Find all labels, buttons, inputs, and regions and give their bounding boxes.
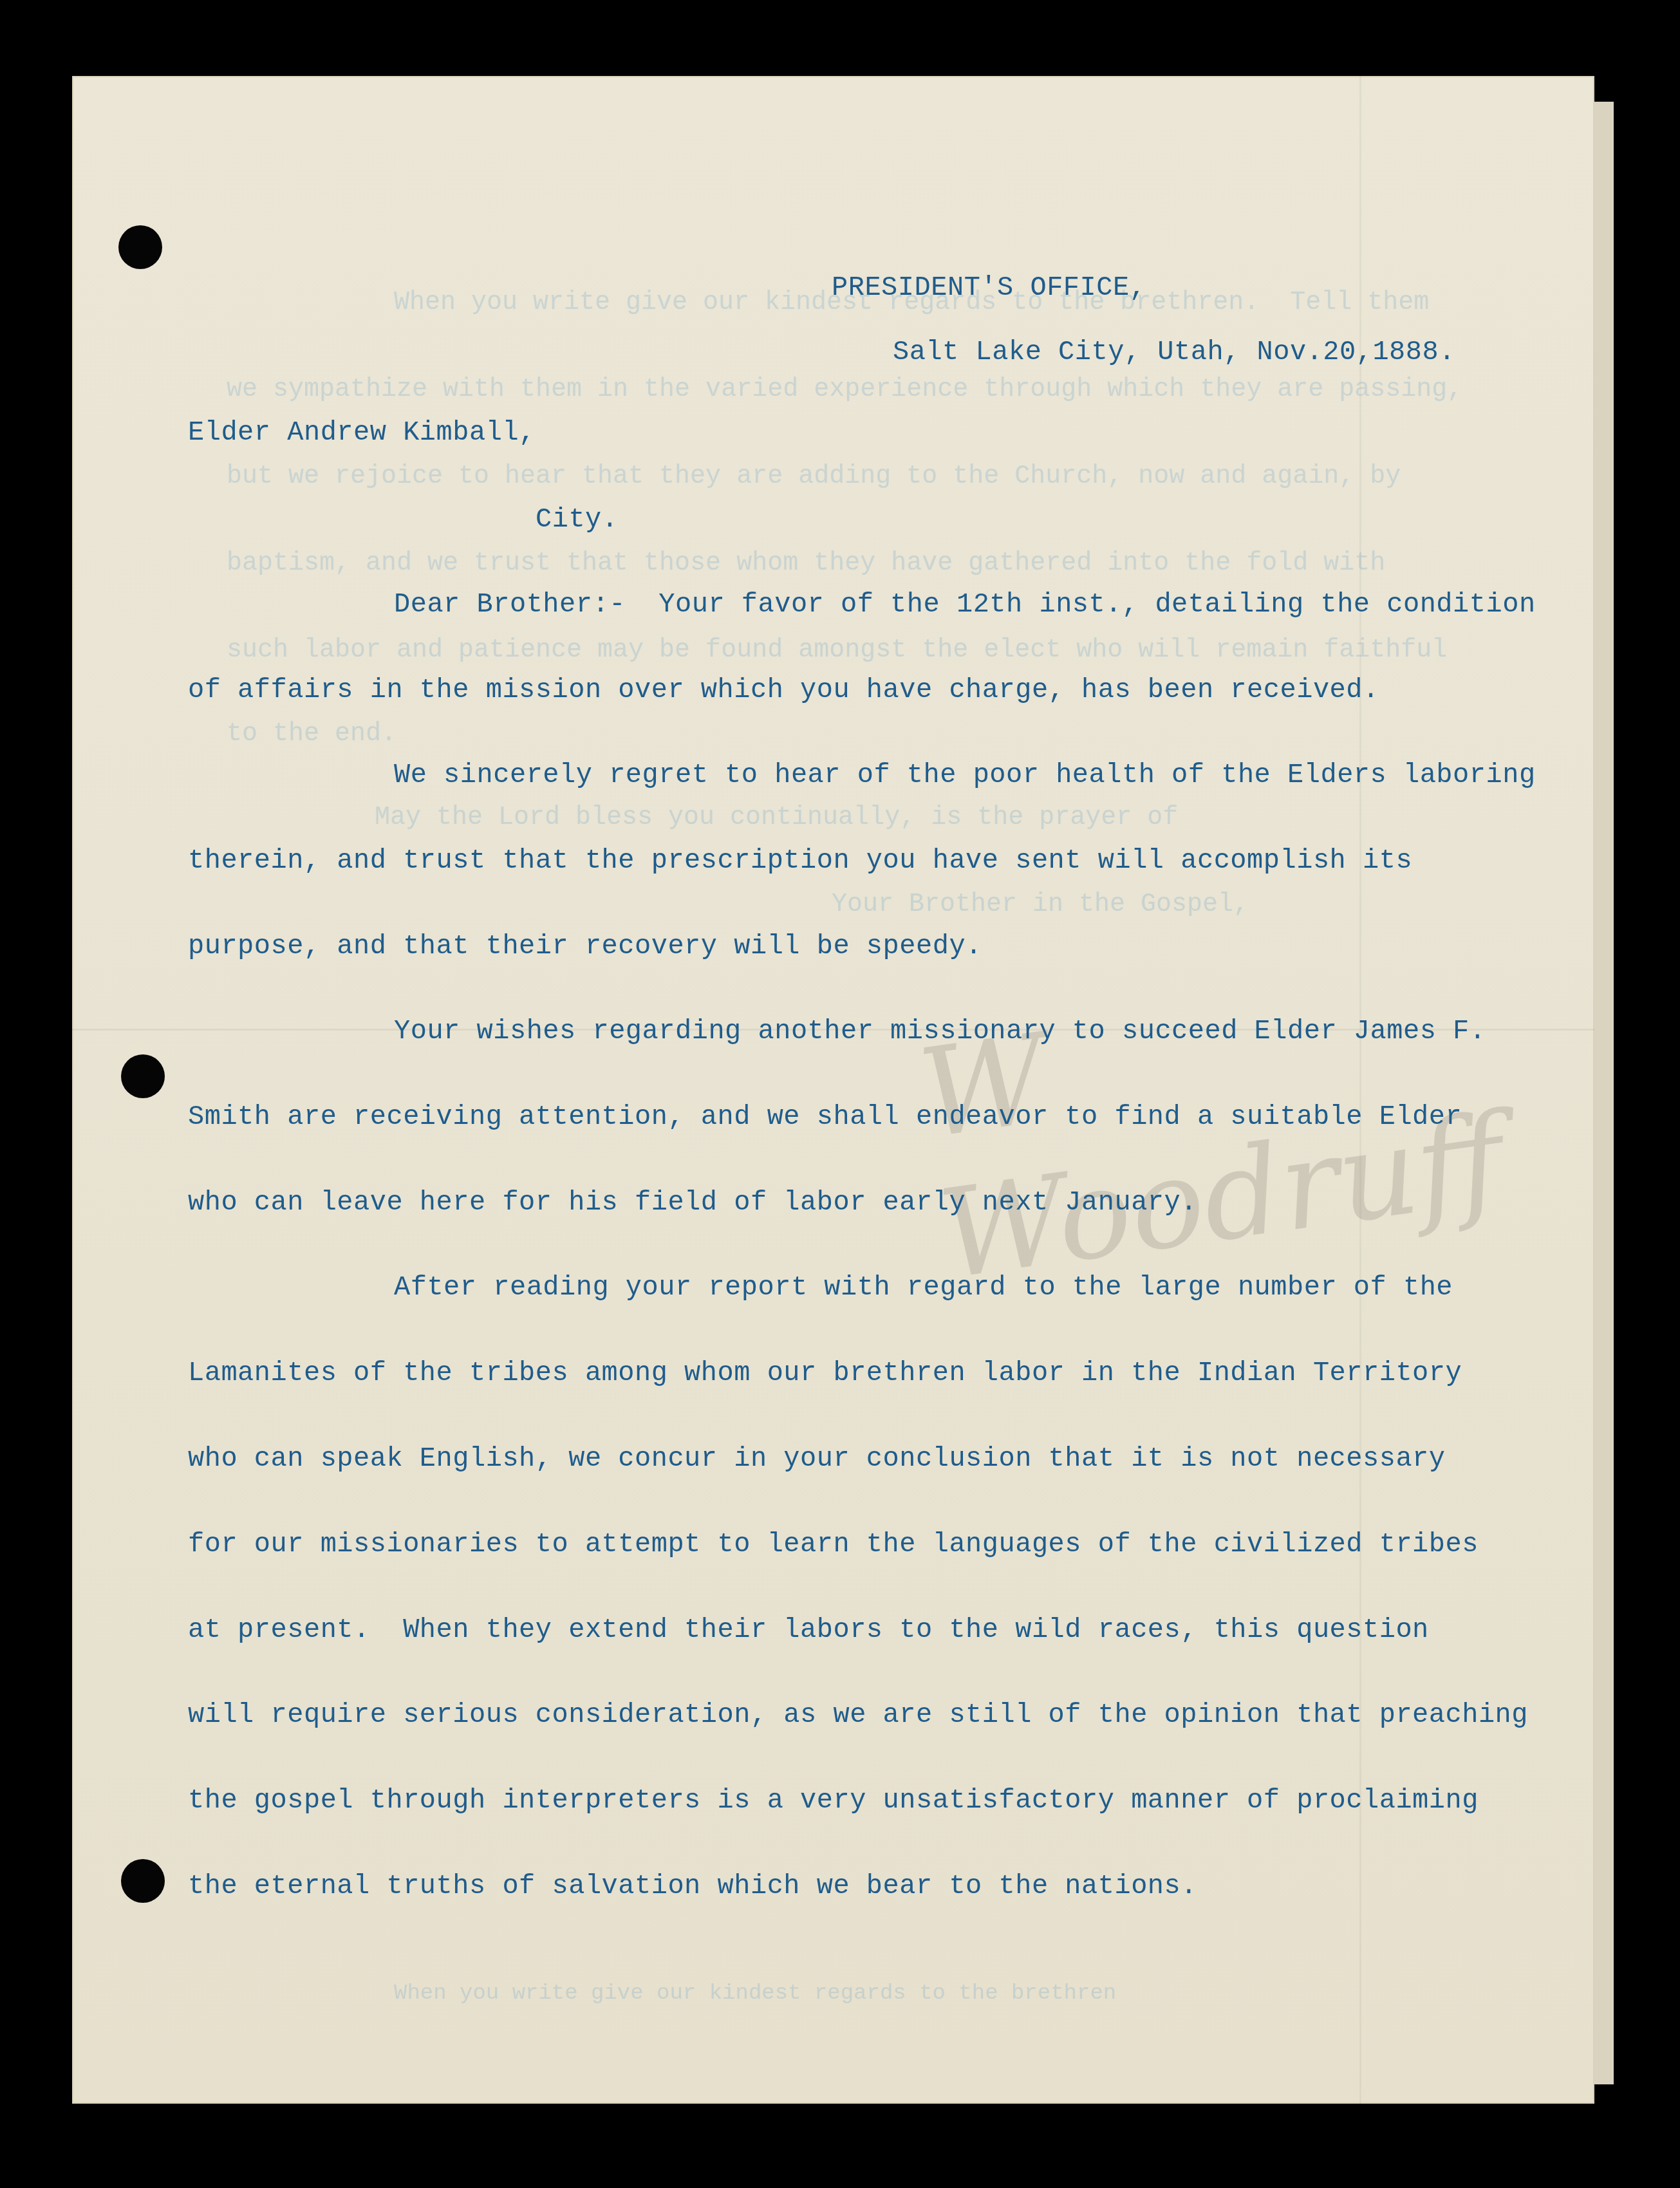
body-line: at present. When they extend their labor… (188, 1614, 1429, 1645)
recipient-name: Elder Andrew Kimball, (188, 417, 536, 448)
show-through-line: Your Brother in the Gospel, (832, 890, 1249, 919)
body-line: who can leave here for his field of labo… (188, 1187, 1197, 1218)
show-through-line: such labor and patience may be found amo… (227, 636, 1447, 665)
show-through-line: When you write give our kindest regards … (394, 1981, 1116, 2006)
body-line: therein, and trust that the prescription… (188, 845, 1412, 876)
page-edge (1594, 102, 1614, 2084)
body-line: for our missionaries to attempt to learn… (188, 1529, 1479, 1560)
show-through-line: May the Lord bless you continually, is t… (375, 803, 1178, 832)
punch-hole-middle (121, 1054, 165, 1098)
body-line: Dear Brother:- Your favor of the 12th in… (394, 589, 1536, 620)
body-line: After reading your report with regard to… (394, 1272, 1453, 1303)
show-through-line: baptism, and we trust that those whom th… (227, 549, 1385, 578)
place-date: Salt Lake City, Utah, Nov.20,1888. (893, 337, 1455, 368)
body-line: We sincerely regret to hear of the poor … (394, 760, 1536, 790)
recipient-city: City. (536, 504, 619, 535)
body-line: purpose, and that their recovery will be… (188, 931, 982, 962)
punch-hole-top (118, 225, 162, 269)
body-line: the eternal truths of salvation which we… (188, 1871, 1197, 1902)
punch-hole-bottom (121, 1859, 165, 1903)
body-line: the gospel through interpreters is a ver… (188, 1785, 1479, 1816)
body-line: of affairs in the mission over which you… (188, 675, 1379, 706)
body-line: Smith are receiving attention, and we sh… (188, 1101, 1462, 1132)
body-line: Your wishes regarding another missionary… (394, 1016, 1486, 1047)
show-through-line: we sympathize with them in the varied ex… (227, 375, 1462, 404)
letter-page: When you write give our kindest regards … (72, 76, 1594, 2104)
body-line: Lamanites of the tribes among whom our b… (188, 1358, 1462, 1389)
letterhead-office: PRESIDENT'S OFFICE, (832, 272, 1146, 303)
show-through-line: but we rejoice to hear that they are add… (227, 462, 1401, 491)
body-line: will require serious consideration, as w… (188, 1699, 1528, 1730)
show-through-line: to the end. (227, 720, 397, 749)
body-line: who can speak English, we concur in your… (188, 1443, 1446, 1474)
